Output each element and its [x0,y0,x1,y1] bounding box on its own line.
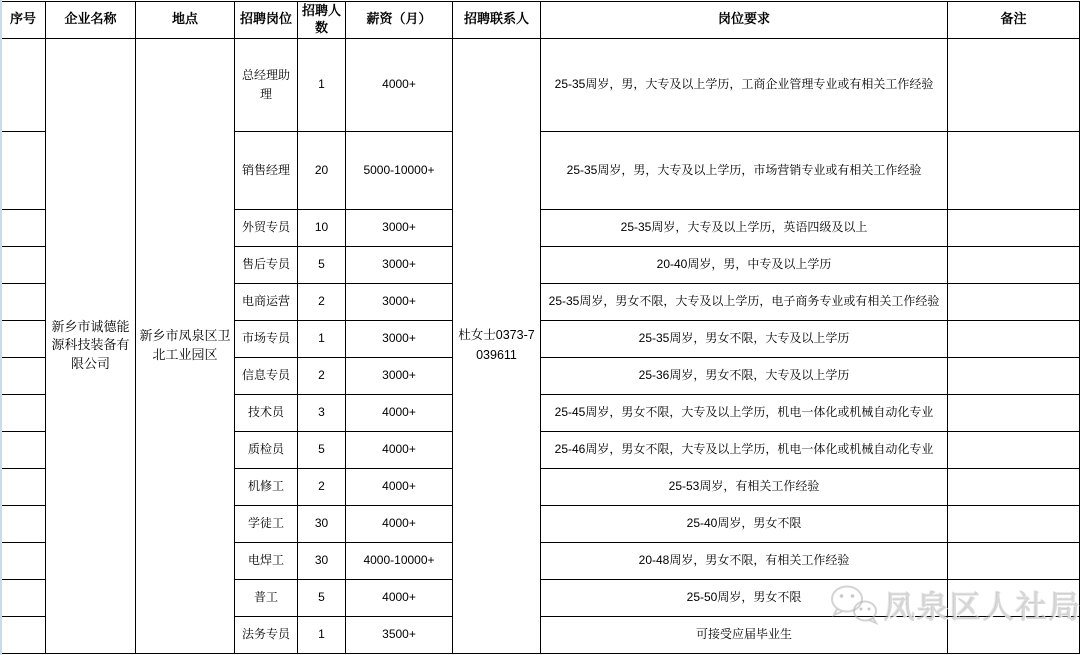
cell-position: 学徒工 [235,505,298,542]
cell-count: 30 [298,542,346,579]
column-header-salary: 薪资（月） [346,2,453,39]
table-row: 新乡市诚德能源科技装备有限公司 新乡市凤泉区卫北工业园区 总经理助理 1 400… [1,38,1080,131]
cell-remark [948,431,1080,468]
cell-requirement: 20-40周岁，男，中专及以上学历 [541,246,948,283]
cell-remark [948,616,1080,653]
cell-position: 销售经理 [235,131,298,209]
cell-requirement: 25-35周岁，男，大专及以上学历，工商企业管理专业或有相关工作经验 [541,38,948,131]
column-header-count: 招聘人数 [298,2,346,39]
cell-salary: 4000-10000+ [346,542,453,579]
cell-remark [948,542,1080,579]
cell-requirement: 25-50周岁，男女不限 [541,579,948,616]
cell-serial [1,209,46,246]
column-header-contact: 招聘联系人 [453,2,541,39]
cell-requirement: 25-45周岁，男女不限，大专及以上学历，机电一体化或机械自动化专业 [541,394,948,431]
cell-count: 5 [298,579,346,616]
cell-count: 1 [298,38,346,131]
cell-serial [1,38,46,131]
cell-count: 5 [298,431,346,468]
cell-remark [948,209,1080,246]
cell-serial [1,616,46,653]
cell-remark [948,505,1080,542]
cell-requirement: 20-48周岁，男女不限，有相关工作经验 [541,542,948,579]
cell-position: 普工 [235,579,298,616]
cell-requirement: 25-40周岁，男女不限 [541,505,948,542]
cell-salary: 3000+ [346,320,453,357]
cell-count: 1 [298,320,346,357]
cell-serial [1,542,46,579]
cell-remark [948,246,1080,283]
cell-remark [948,283,1080,320]
cell-salary: 3000+ [346,283,453,320]
cell-count: 10 [298,209,346,246]
cell-salary: 4000+ [346,505,453,542]
cell-salary: 4000+ [346,394,453,431]
cell-requirement: 25-35周岁，男女不限，大专及以上学历 [541,320,948,357]
cell-count: 20 [298,131,346,209]
cell-serial [1,131,46,209]
cell-salary: 5000-10000+ [346,131,453,209]
cell-position: 电商运营 [235,283,298,320]
cell-count: 2 [298,283,346,320]
cell-remark [948,357,1080,394]
cell-remark [948,579,1080,616]
cell-serial [1,283,46,320]
cell-serial [1,357,46,394]
cell-remark [948,320,1080,357]
cell-requirement: 25-46周岁，男女不限，大专及以上学历，机电一体化或机械自动化专业 [541,431,948,468]
cell-remark [948,38,1080,131]
cell-count: 3 [298,394,346,431]
column-header-requirement: 岗位要求 [541,2,948,39]
cell-serial [1,246,46,283]
cell-position: 电焊工 [235,542,298,579]
cell-position: 机修工 [235,468,298,505]
recruitment-table: 序号 企业名称 地点 招聘岗位 招聘人数 薪资（月） 招聘联系人 岗位要求 备注… [0,1,1080,654]
cell-salary: 3500+ [346,616,453,653]
column-header-remark: 备注 [948,2,1080,39]
cell-position: 售后专员 [235,246,298,283]
cell-serial [1,505,46,542]
column-header-company: 企业名称 [46,2,136,39]
cell-requirement: 可接受应届毕业生 [541,616,948,653]
header-row: 序号 企业名称 地点 招聘岗位 招聘人数 薪资（月） 招聘联系人 岗位要求 备注 [1,2,1080,39]
column-header-location: 地点 [136,2,235,39]
cell-position: 总经理助理 [235,38,298,131]
cell-position: 信息专员 [235,357,298,394]
cell-requirement: 25-35周岁，男，大专及以上学历，市场营销专业或有相关工作经验 [541,131,948,209]
cell-company-name: 新乡市诚德能源科技装备有限公司 [46,38,136,653]
cell-remark [948,131,1080,209]
cell-count: 30 [298,505,346,542]
column-header-serial: 序号 [1,2,46,39]
sheet-edge-line [0,0,2,655]
cell-serial [1,394,46,431]
cell-count: 5 [298,246,346,283]
cell-remark [948,468,1080,505]
cell-serial [1,579,46,616]
cell-serial [1,431,46,468]
cell-requirement: 25-35周岁，男女不限，大专及以上学历，电子商务专业或有相关工作经验 [541,283,948,320]
cell-position: 外贸专员 [235,209,298,246]
cell-count: 2 [298,468,346,505]
cell-requirement: 25-36周岁，男女不限，大专及以上学历 [541,357,948,394]
cell-remark [948,394,1080,431]
cell-salary: 3000+ [346,246,453,283]
cell-count: 2 [298,357,346,394]
cell-position: 市场专员 [235,320,298,357]
cell-salary: 4000+ [346,579,453,616]
cell-salary: 4000+ [346,38,453,131]
cell-salary: 3000+ [346,209,453,246]
cell-position: 质检员 [235,431,298,468]
cell-contact: 杜女士0373-7039611 [453,38,541,653]
cell-serial [1,320,46,357]
column-header-position: 招聘岗位 [235,2,298,39]
cell-position: 技术员 [235,394,298,431]
cell-salary: 4000+ [346,468,453,505]
cell-count: 1 [298,616,346,653]
cell-requirement: 25-53周岁，有相关工作经验 [541,468,948,505]
cell-position: 法务专员 [235,616,298,653]
cell-location: 新乡市凤泉区卫北工业园区 [136,38,235,653]
recruitment-sheet: 序号 企业名称 地点 招聘岗位 招聘人数 薪资（月） 招聘联系人 岗位要求 备注… [0,1,1079,654]
cell-salary: 3000+ [346,357,453,394]
cell-requirement: 25-35周岁，大专及以上学历，英语四级及以上 [541,209,948,246]
cell-salary: 4000+ [346,431,453,468]
cell-serial [1,468,46,505]
